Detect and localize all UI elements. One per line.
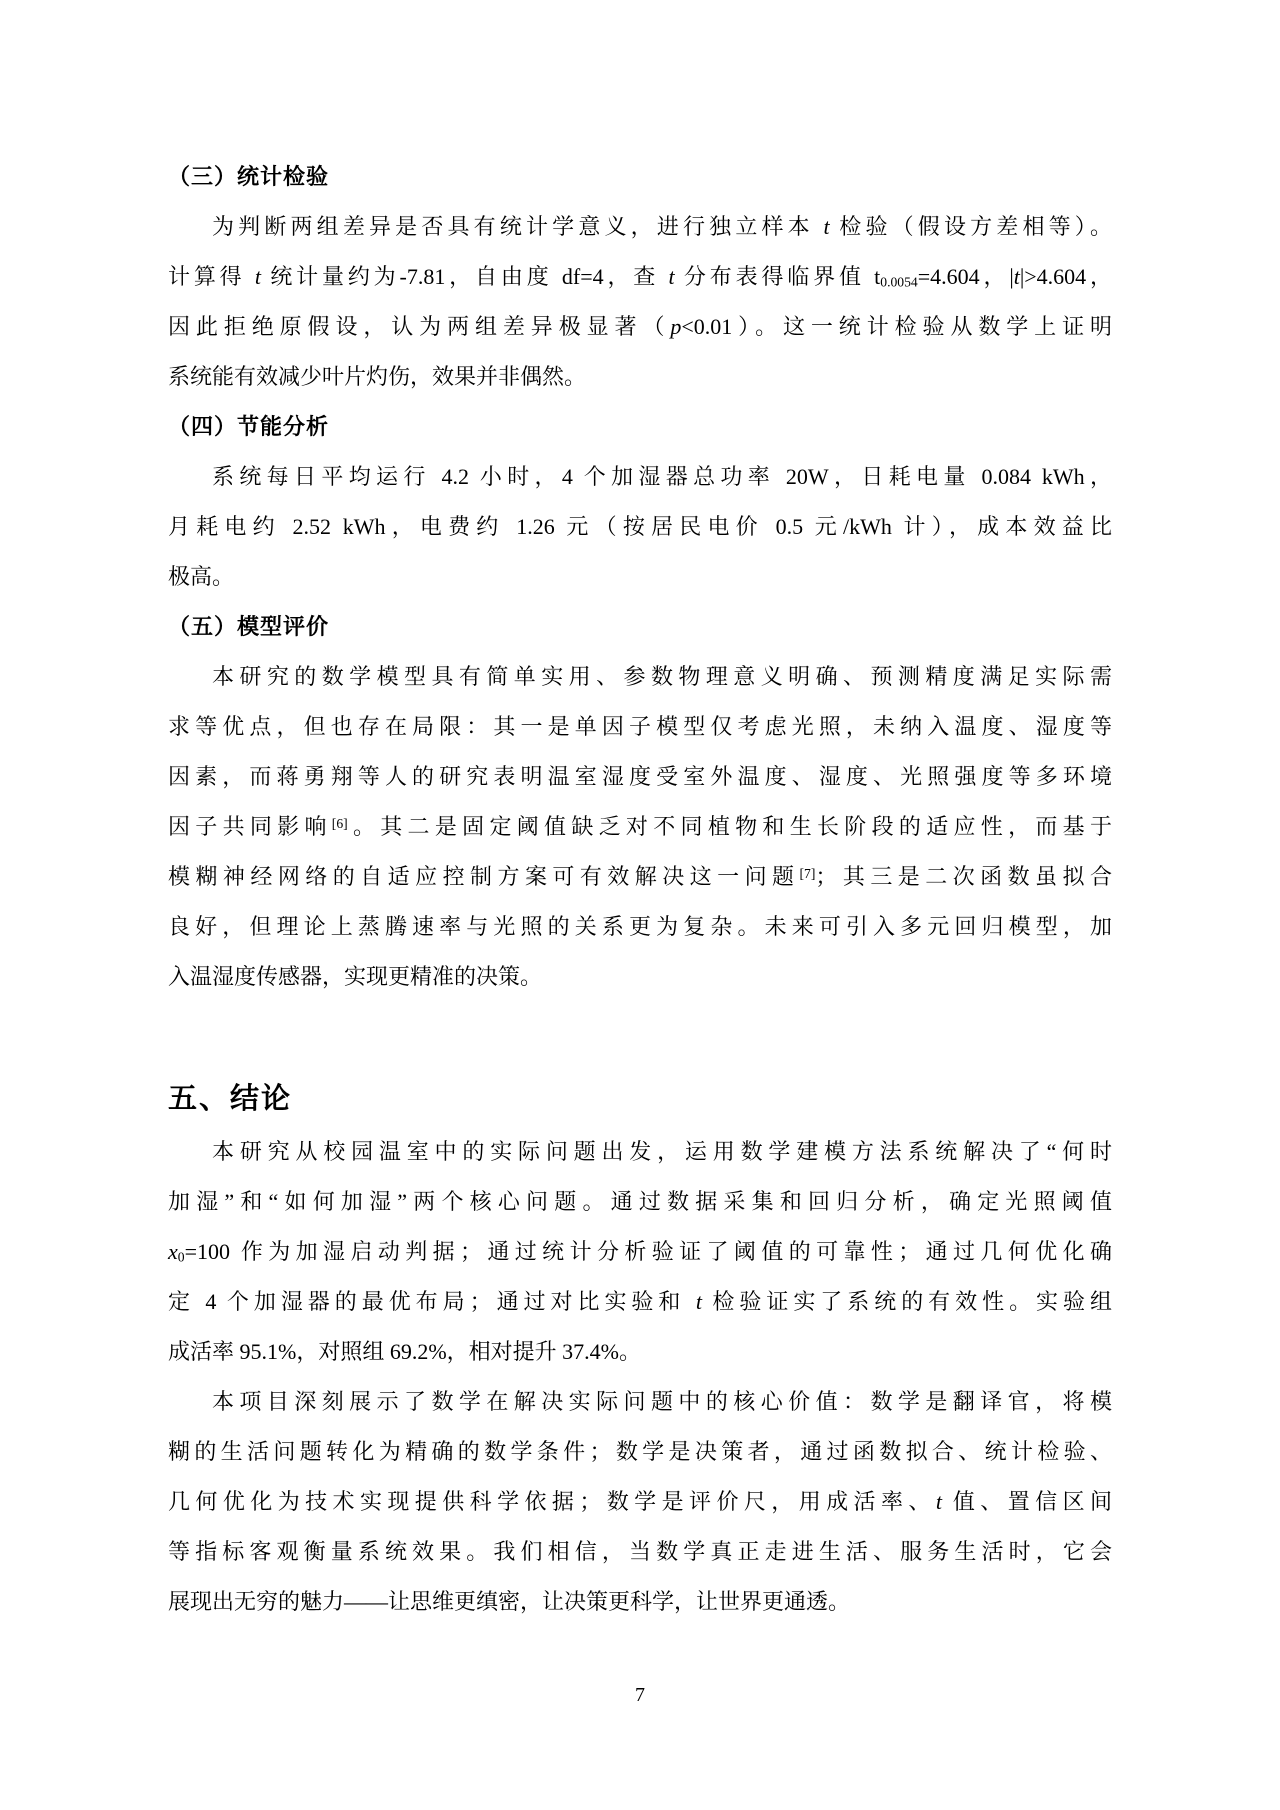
- paragraph-line: 本研究的数学模型具有简单实用、参数物理意义明确、预测精度满足实际需: [168, 652, 1112, 702]
- text-segment: 0.0054: [880, 274, 917, 289]
- text-segment: 值、置信区间: [942, 1489, 1112, 1514]
- paragraph-line: 求等优点，但也存在局限：其一是单因子模型仅考虑光照，未纳入温度、湿度等: [168, 702, 1112, 752]
- section-heading-conclusion: 五、结论: [168, 1074, 1112, 1124]
- page-number: 7: [0, 1680, 1280, 1710]
- paragraph-line: x0=100 作为加湿启动判据；通过统计分析验证了阈值的可靠性；通过几何优化确: [168, 1227, 1112, 1277]
- text-segment: 本项目深刻展示了数学在解决实际问题中的核心价值：数学是翻译官，将模: [212, 1389, 1112, 1414]
- text-segment: 因素，而蒋勇翔等人的研究表明温室湿度受室外温度、湿度、光照强度等多环境: [168, 764, 1112, 789]
- text-segment: 等指标客观衡量系统效果。我们相信，当数学真正走进生活、服务生活时，它会: [168, 1539, 1112, 1564]
- text-segment: x: [168, 1239, 178, 1264]
- text-segment: 系统每日平均运行 4.2 小时，4 个加湿器总功率 20W，日耗电量 0.084…: [212, 464, 1112, 489]
- text-segment: 成活率 95.1%，对照组 69.2%，相对提升 37.4%。: [168, 1339, 641, 1364]
- text-segment: 检验证实了系统的有效性。实验组: [702, 1289, 1112, 1314]
- text-segment: 模糊神经网络的自适应控制方案可有效解决这一问题: [168, 864, 800, 889]
- section-heading-energy: （四）节能分析: [168, 402, 1112, 452]
- text-segment: 因此拒绝原假设，认为两组差异极显著（: [168, 314, 670, 339]
- paragraph-line: 定 4 个加湿器的最优布局；通过对比实验和 t 检验证实了系统的有效性。实验组: [168, 1277, 1112, 1327]
- paragraph-line: 极高。: [168, 552, 1112, 602]
- paragraph-line: 因素，而蒋勇翔等人的研究表明温室湿度受室外温度、湿度、光照强度等多环境: [168, 752, 1112, 802]
- paragraph-line: 为判断两组差异是否具有统计学意义，进行独立样本 t 检验（假设方差相等）。: [168, 202, 1112, 252]
- text-segment: 计算得: [168, 264, 255, 289]
- paragraph-line: 加湿”和“如何加湿”两个核心问题。通过数据采集和回归分析，确定光照阈值: [168, 1177, 1112, 1227]
- document-page: （三）统计检验 为判断两组差异是否具有统计学意义，进行独立样本 t 检验（假设方…: [0, 0, 1280, 1810]
- text-segment: 极高。: [168, 564, 234, 589]
- text-segment: 展现出无穷的魅力——让思维更缜密，让决策更科学，让世界更通透。: [168, 1589, 850, 1614]
- paragraph-line: 系统能有效减少叶片灼伤，效果并非偶然。: [168, 352, 1112, 402]
- paragraph-line: 本研究从校园温室中的实际问题出发，运用数学建模方法系统解决了“何时: [168, 1127, 1112, 1177]
- paragraph-line: 成活率 95.1%，对照组 69.2%，相对提升 37.4%。: [168, 1327, 1112, 1377]
- text-segment: [6]: [332, 816, 348, 831]
- text-segment: 求等优点，但也存在局限：其一是单因子模型仅考虑光照，未纳入温度、湿度等: [168, 714, 1112, 739]
- text-segment: 为判断两组差异是否具有统计学意义，进行独立样本: [212, 214, 824, 239]
- text-segment: 本研究从校园温室中的实际问题出发，运用数学建模方法系统解决了“何时: [212, 1139, 1112, 1164]
- text-segment: ；其三是二次函数虽拟合: [815, 864, 1112, 889]
- text-segment: 因子共同影响: [168, 814, 332, 839]
- text-segment: 糊的生活问题转化为精确的数学条件；数学是决策者，通过函数拟合、统计检验、: [168, 1439, 1112, 1464]
- text-segment: 统计量约为-7.81，自由度 df=4，查: [261, 264, 668, 289]
- paragraph-line: 计算得 t 统计量约为-7.81，自由度 df=4，查 t 分布表得临界值 t0…: [168, 252, 1112, 302]
- text-segment: 系统能有效减少叶片灼伤，效果并非偶然。: [168, 364, 586, 389]
- text-segment: <0.01）。这一统计检验从数学上证明: [681, 314, 1112, 339]
- paragraph-line: 展现出无穷的魅力——让思维更缜密，让决策更科学，让世界更通透。: [168, 1577, 1112, 1627]
- text-segment: 定 4 个加湿器的最优布局；通过对比实验和: [168, 1289, 696, 1314]
- section-heading-statistics: （三）统计检验: [168, 152, 1112, 202]
- section-heading-model-evaluation: （五）模型评价: [168, 602, 1112, 652]
- paragraph-line: 入温湿度传感器，实现更精准的决策。: [168, 952, 1112, 1002]
- text-segment: 本研究的数学模型具有简单实用、参数物理意义明确、预测精度满足实际需: [212, 664, 1112, 689]
- text-segment: p: [670, 314, 681, 339]
- paragraph-line: 本项目深刻展示了数学在解决实际问题中的核心价值：数学是翻译官，将模: [168, 1377, 1112, 1427]
- paragraph-line: 月耗电约 2.52 kWh，电费约 1.26 元（按居民电价 0.5 元/kWh…: [168, 502, 1112, 552]
- paragraph-line: 因子共同影响[6]。其二是固定阈值缺乏对不同植物和生长阶段的适应性，而基于: [168, 802, 1112, 852]
- paragraph-line: 糊的生活问题转化为精确的数学条件；数学是决策者，通过函数拟合、统计检验、: [168, 1427, 1112, 1477]
- text-segment: 加湿”和“如何加湿”两个核心问题。通过数据采集和回归分析，确定光照阈值: [168, 1189, 1112, 1214]
- paragraph-line: 几何优化为技术实现提供科学依据；数学是评价尺，用成活率、t 值、置信区间: [168, 1477, 1112, 1527]
- paragraph-line: 良好，但理论上蒸腾速率与光照的关系更为复杂。未来可引入多元回归模型，加: [168, 902, 1112, 952]
- text-segment: 良好，但理论上蒸腾速率与光照的关系更为复杂。未来可引入多元回归模型，加: [168, 914, 1112, 939]
- text-segment: 入温湿度传感器，实现更精准的决策。: [168, 964, 542, 989]
- text-segment: 检验（假设方差相等）。: [830, 214, 1112, 239]
- text-segment: [7]: [800, 866, 816, 881]
- text-segment: =100 作为加湿启动判据；通过统计分析验证了阈值的可靠性；通过几何优化确: [185, 1239, 1112, 1264]
- text-segment: |>4.604，: [1020, 264, 1112, 289]
- paragraph-line: 因此拒绝原假设，认为两组差异极显著（p<0.01）。这一统计检验从数学上证明: [168, 302, 1112, 352]
- text-segment: 几何优化为技术实现提供科学依据；数学是评价尺，用成活率、: [168, 1489, 936, 1514]
- text-segment: 分布表得临界值 t: [675, 264, 881, 289]
- text-segment: 0: [178, 1249, 185, 1264]
- document-content: （三）统计检验 为判断两组差异是否具有统计学意义，进行独立样本 t 检验（假设方…: [168, 152, 1112, 1627]
- text-segment: =4.604，|: [918, 264, 1014, 289]
- paragraph-line: 等指标客观衡量系统效果。我们相信，当数学真正走进生活、服务生活时，它会: [168, 1527, 1112, 1577]
- text-segment: 月耗电约 2.52 kWh，电费约 1.26 元（按居民电价 0.5 元/kWh…: [168, 514, 1112, 539]
- paragraph-line: 模糊神经网络的自适应控制方案可有效解决这一问题[7]；其三是二次函数虽拟合: [168, 852, 1112, 902]
- paragraph-line: 系统每日平均运行 4.2 小时，4 个加湿器总功率 20W，日耗电量 0.084…: [168, 452, 1112, 502]
- text-segment: 。其二是固定阈值缺乏对不同植物和生长阶段的适应性，而基于: [348, 814, 1112, 839]
